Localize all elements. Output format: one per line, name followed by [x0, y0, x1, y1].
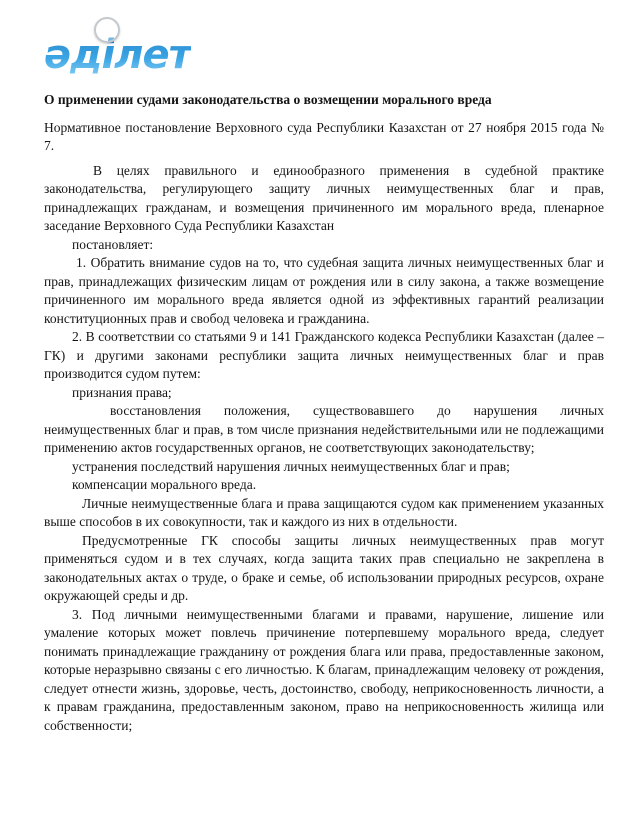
document-title: О применении судами законодательства о в…	[44, 91, 604, 110]
clause-2: 2. В соответствии со статьями 9 и 141 Гр…	[44, 328, 604, 384]
clause-1: 1. Обратить внимание судов на то, что су…	[44, 254, 604, 328]
list-item-restoration: восстановления положения, существовавшег…	[44, 402, 604, 458]
preamble-paragraph: В целях правильного и единообразного при…	[44, 162, 604, 236]
logo-letter-i: і	[101, 30, 114, 80]
list-item-elimination: устранения последствий нарушения личных …	[44, 458, 604, 477]
adilet-logo: әділет	[44, 30, 604, 80]
logo-text-end: лет	[114, 30, 191, 80]
resolution-word: постановляет:	[44, 236, 604, 255]
list-item-compensation: компенсации морального вреда.	[44, 476, 604, 495]
document-page: әділет О применении судами законодательс…	[0, 0, 640, 828]
document-body: Нормативное постановление Верховного суд…	[44, 119, 604, 736]
paragraph-gk-methods: Предусмотренные ГК способы защиты личных…	[44, 532, 604, 606]
logo-text-start: әд	[44, 30, 101, 80]
doc-subtitle-normative-resolution: Нормативное постановление Верховного суд…	[44, 119, 604, 156]
list-item-recognition: признания права;	[44, 384, 604, 403]
clause-3: 3. Под личными неимущественными благами …	[44, 606, 604, 736]
paragraph-protection-methods: Личные неимущественные блага и права защ…	[44, 495, 604, 532]
